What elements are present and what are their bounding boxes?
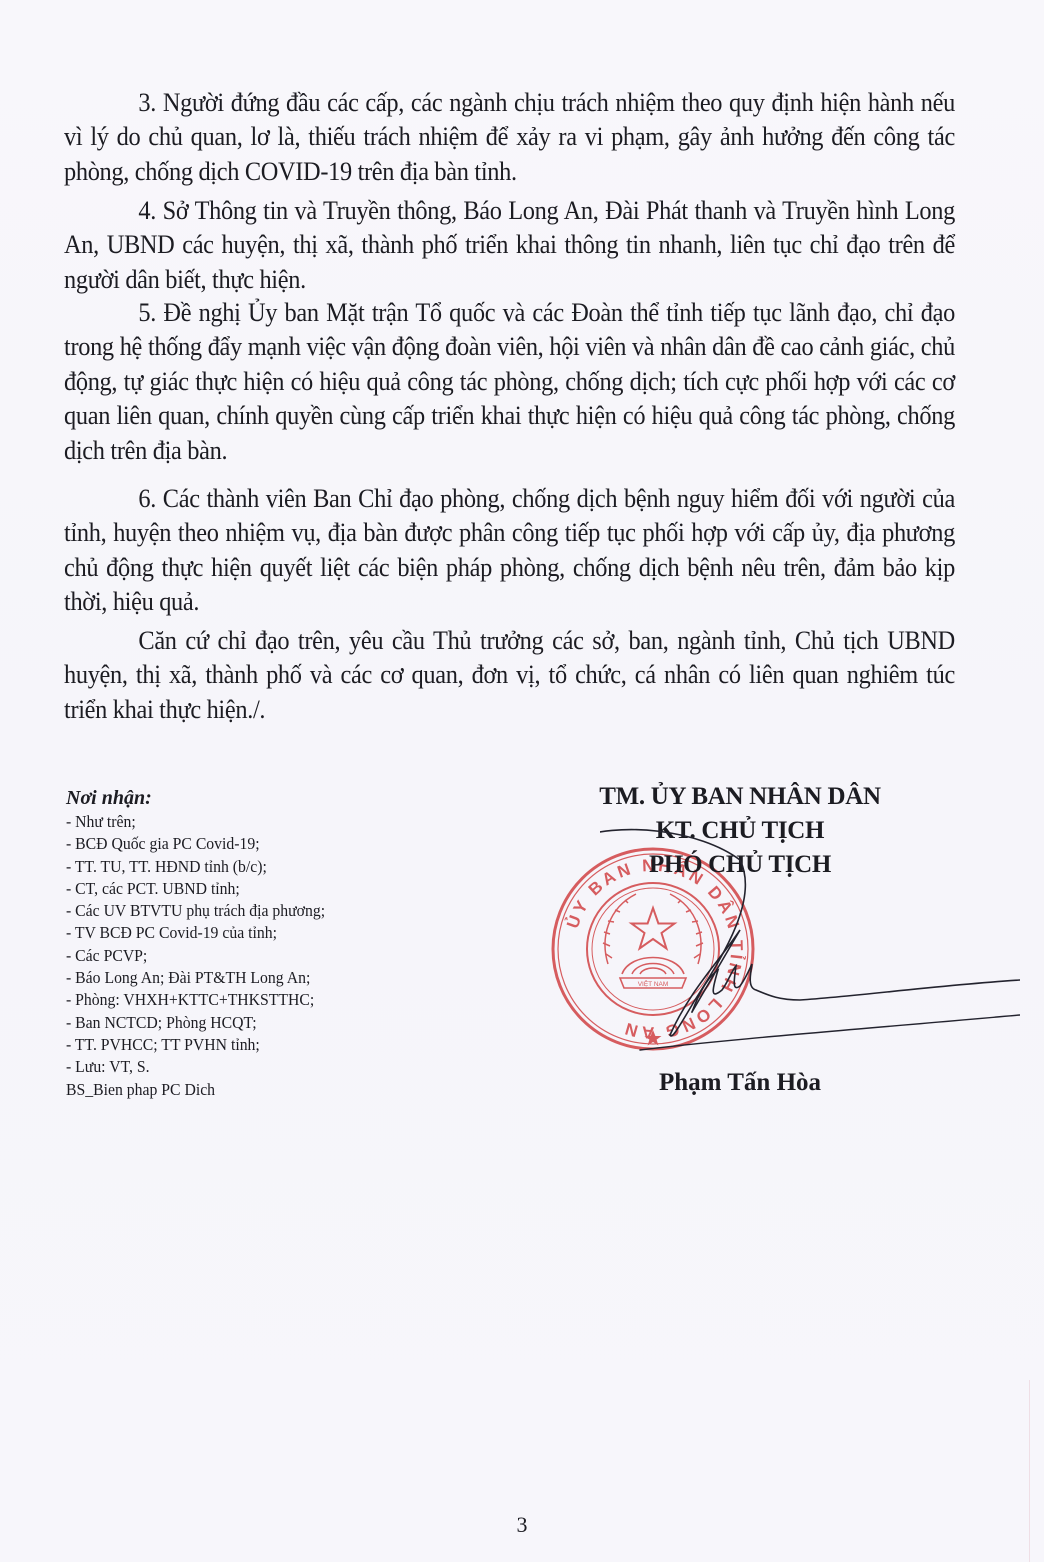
- recipients-list: - Như trên; - BCĐ Quốc gia PC Covid-19; …: [66, 811, 412, 1101]
- paragraph-6: 6. Các thành viên Ban Chỉ đạo phòng, chố…: [64, 482, 955, 620]
- recipient-item: - TV BCĐ PC Covid-19 của tỉnh;: [66, 922, 412, 944]
- recipient-item: - Các UV BTVTU phụ trách địa phương;: [66, 900, 412, 922]
- page-number: 3: [0, 1512, 1044, 1538]
- recipient-item: - TT. TU, TT. HĐND tỉnh (b/c);: [66, 856, 412, 878]
- paragraph-5: 5. Đề nghị Ủy ban Mặt trận Tổ quốc và cá…: [64, 296, 955, 468]
- recipient-item: - Phòng: VHXH+KTTC+THKSTTHC;: [66, 989, 412, 1011]
- paragraph-4: 4. Sở Thông tin và Truyền thông, Báo Lon…: [64, 194, 955, 297]
- recipients-block: Nơi nhận: - Như trên; - BCĐ Quốc gia PC …: [66, 786, 426, 1101]
- signer-name: Phạm Tấn Hòa: [530, 1066, 950, 1100]
- recipient-item: - BCĐ Quốc gia PC Covid-19;: [66, 833, 412, 855]
- recipient-item: - Các PCVP;: [66, 945, 412, 967]
- paragraph-3: 3. Người đứng đầu các cấp, các ngành chị…: [64, 86, 955, 189]
- recipient-item: - Lưu: VT, S.: [66, 1056, 412, 1078]
- recipient-item: - Như trên;: [66, 811, 412, 833]
- recipients-title: Nơi nhận:: [66, 786, 426, 810]
- recipient-item: - Ban NCTCD; Phòng HCQT;: [66, 1012, 412, 1034]
- recipient-item: - CT, các PCT. UBND tỉnh;: [66, 878, 412, 900]
- file-code: BS_Bien phap PC Dich: [66, 1079, 412, 1101]
- recipient-item: - TT. PVHCC; TT PVHN tỉnh;: [66, 1034, 412, 1056]
- document-page: 3. Người đứng đầu các cấp, các ngành chị…: [0, 0, 1044, 1562]
- handwritten-signature: [600, 800, 1020, 1060]
- recipient-item: - Báo Long An; Đài PT&TH Long An;: [66, 967, 412, 989]
- closing-paragraph: Căn cứ chỉ đạo trên, yêu cầu Thủ trưởng …: [64, 624, 955, 727]
